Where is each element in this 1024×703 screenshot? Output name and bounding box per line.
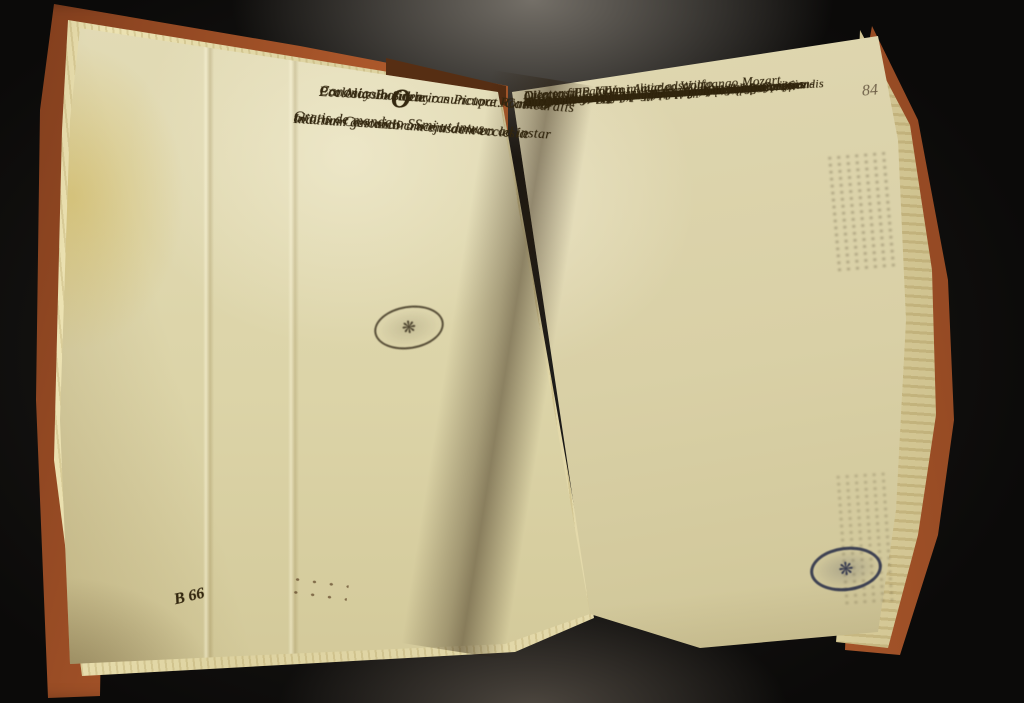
stamp-emblem-icon: ❋	[400, 317, 417, 339]
photo-scene: Pro Aloysio Subleyras Pictore RomanoCano…	[0, 0, 1024, 703]
stamp-emblem-icon: ❋	[837, 558, 855, 581]
ink-flourish-mark: O	[390, 88, 411, 110]
ink-bleedthrough-upper	[825, 149, 901, 272]
folio-page-number: 84	[861, 81, 879, 100]
